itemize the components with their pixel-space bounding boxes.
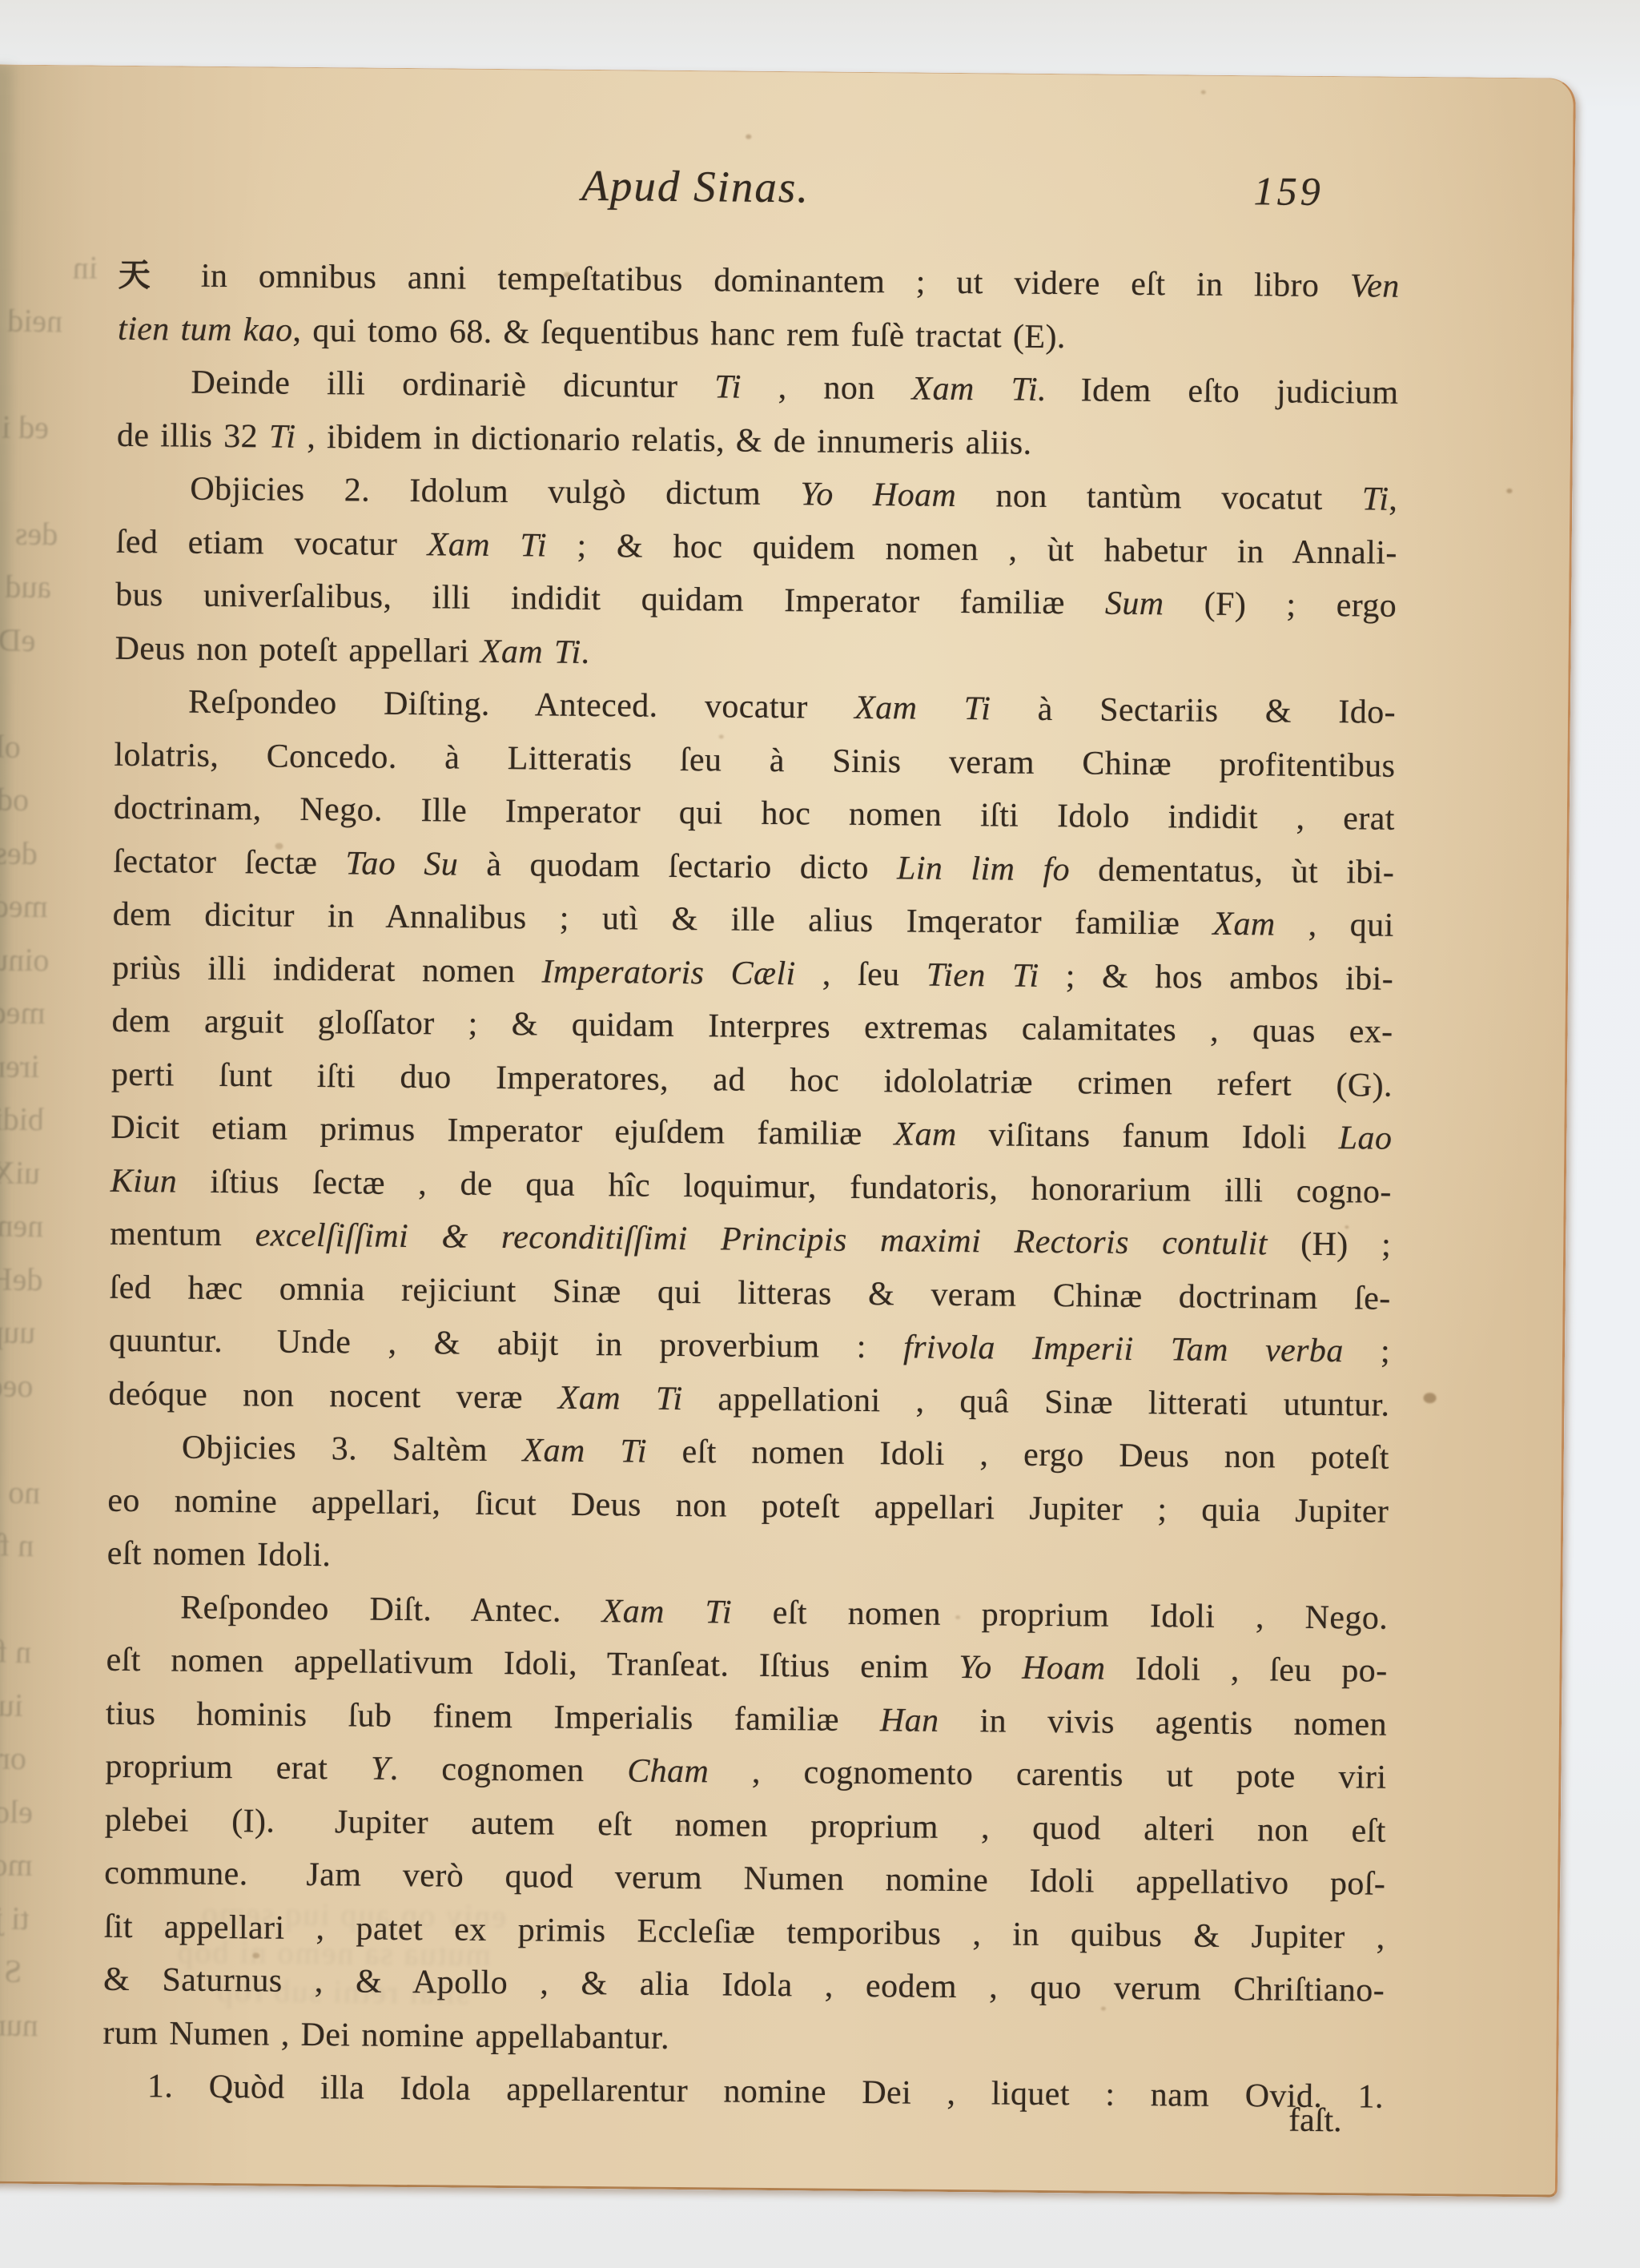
bleed-fragment: ti ji <box>0 1899 29 1936</box>
roman-text: Dicit etiam primus Imperator ejuſdem fam… <box>111 1109 894 1153</box>
bleed-fragment: orq <box>0 1739 26 1776</box>
roman-text: viſitans fanum Idoli <box>957 1116 1339 1156</box>
italic-text: Xam Ti <box>558 1379 683 1417</box>
bleed-fragment: oed <box>0 1366 34 1405</box>
italic-text: Tien Ti <box>927 956 1039 994</box>
roman-text: Reſpondeo Diſting. Anteced. vocatur <box>188 684 854 726</box>
roman-text: à quodam ſectario dicto <box>458 846 897 887</box>
roman-text: dem dicitur in Annalibus ; utì & ille al… <box>113 896 1213 943</box>
roman-text: iſtius ſectæ , de qua hîc loquimur, fund… <box>177 1163 1392 1210</box>
bleed-fragment: deH <box>0 1260 43 1298</box>
italic-text: tien tum kao <box>118 310 293 348</box>
bleed-fragment: ed i <box>2 408 49 446</box>
roman-text: ſed hæc omnia rejiciunt Sinæ qui littera… <box>109 1269 1390 1317</box>
book-page: Apud Sinas. 159 天 in omnibus anni tempeſ… <box>0 64 1576 2198</box>
running-header: Apud Sinas. <box>581 160 810 212</box>
roman-text: , cognomento carentis ut pote viri <box>709 1753 1387 1795</box>
roman-text: proprium erat <box>105 1748 371 1787</box>
bleed-fragment: n fi <box>0 1526 34 1563</box>
bleed-fragment: med <box>0 887 48 925</box>
roman-text: priùs illi indiderat nomen <box>112 949 542 990</box>
roman-text: de illis 32 <box>117 416 269 455</box>
roman-text: ; & hos ambos ibi- <box>1039 957 1393 997</box>
roman-text: ſectator ſectæ <box>113 842 346 882</box>
roman-text: , <box>1389 481 1397 518</box>
roman-text: appellationi , quâ Sinæ litterati utuntu… <box>682 1381 1389 1424</box>
roman-text: . <box>581 633 589 670</box>
roman-text: ; <box>1344 1333 1391 1370</box>
roman-text: bus univerſalibus, illi indidit quidam I… <box>115 577 1105 622</box>
bleed-fragment: mo: <box>0 1845 33 1884</box>
roman-text: eo nomine appellari, ſicut Deus non pote… <box>107 1482 1389 1530</box>
roman-text: ſed etiam vocatur <box>116 523 428 562</box>
paper-speck <box>1201 90 1206 94</box>
roman-text: à Sectariis & Ido- <box>991 690 1396 730</box>
italic-text: Ven <box>1350 267 1400 305</box>
bleed-fragment: bidi <box>0 1100 44 1139</box>
bleed-fragment: nem <box>0 1206 43 1245</box>
roman-text: Deinde illi ordinariè dicuntur <box>191 364 714 406</box>
italic-text: Yo Hoam <box>800 476 956 514</box>
bleed-fragment: neid <box>7 301 62 340</box>
italic-text: Xam <box>1212 906 1276 943</box>
italic-text: Xam Ti. <box>911 370 1047 408</box>
bleed-fragment: no e <box>0 1473 40 1511</box>
roman-text: Reſpondeo Diſt. Antec. <box>180 1589 602 1630</box>
roman-text: Idem eſto judicium <box>1047 372 1399 412</box>
roman-text: Idoli , ſeu po- <box>1105 1651 1388 1690</box>
page-header: Apud Sinas. 159 <box>119 156 1401 231</box>
paper-speck <box>1423 1393 1436 1403</box>
roman-text: , qui <box>1275 906 1394 943</box>
italic-text: Imperatoris Cæli <box>541 953 795 992</box>
roman-text: , non <box>742 369 912 408</box>
chinese-character: 天 <box>119 257 171 294</box>
italic-text: Sum <box>1105 585 1164 623</box>
italic-text: Kiun <box>111 1162 178 1200</box>
roman-text: . cognomen <box>390 1751 628 1790</box>
bleed-fragment: n fi <box>0 1632 31 1670</box>
roman-text: eſt nomen proprium Idoli , Nego. <box>732 1594 1388 1636</box>
italic-text: excelſiſſimi & reconditiſſimi Principis … <box>255 1216 1268 1262</box>
bleedthrough-fragments: inneided idesaudeDoloddesmedoinumedirenb… <box>0 65 1574 79</box>
bleed-fragment: med <box>0 993 46 1031</box>
italic-text: Xam Ti <box>854 690 991 727</box>
bleed-fragment: ius <box>0 1686 23 1723</box>
roman-text: , ſeu <box>795 955 927 993</box>
roman-text: in omnibus anni tempeſtatibus dominantem… <box>170 257 1350 304</box>
roman-text: Objicies 3. Saltèm <box>182 1430 523 1470</box>
italic-text: Xam Ti <box>522 1432 647 1470</box>
bleed-fragment: aud <box>5 568 51 606</box>
bleed-fragment: ol <box>0 727 21 765</box>
bleed-fragment: uiX <box>0 1153 40 1192</box>
italic-text: frivola Imperii Tam verba <box>903 1329 1344 1369</box>
bleed-fragment: iren <box>0 1047 39 1085</box>
roman-text: tius hominis ſub finem Imperialis famili… <box>106 1695 880 1738</box>
italic-text: Yo Hoam <box>959 1649 1106 1687</box>
italic-text: Ti <box>714 368 742 405</box>
roman-text: mentum <box>110 1216 255 1254</box>
bleed-fragment: od <box>0 781 29 818</box>
bleed-fragment: in <box>73 248 98 286</box>
roman-text: Objicies 2. Idolum vulgò dictum <box>190 471 800 513</box>
italic-text: Xam <box>894 1116 957 1153</box>
roman-text: (F) ; ergo <box>1164 585 1397 625</box>
roman-text: quuntur. Unde , & abijt in proverbium : <box>109 1322 903 1366</box>
paper-speck <box>746 135 751 139</box>
bleed-fragment: elol <box>0 1792 33 1831</box>
roman-text: deóque non nocent veræ <box>108 1375 558 1416</box>
bleed-fragment: oinu <box>0 940 50 979</box>
roman-text: eſt nomen Idoli , ergo Deus non poteſt <box>647 1434 1389 1477</box>
paper-specks <box>0 65 1574 79</box>
roman-text: , ibidem in dictionario relatis, & de in… <box>295 418 1032 461</box>
italic-text: Tao Su <box>345 845 458 883</box>
bleed-fragment: des <box>15 514 58 552</box>
bleed-fragment: eD <box>0 621 36 658</box>
italic-text: Cham <box>627 1752 709 1790</box>
italic-text: Y <box>371 1751 390 1787</box>
italic-text: Lin lim fo <box>897 850 1070 888</box>
italic-text: Han <box>880 1702 939 1739</box>
roman-text: dementatus, ùt ibi- <box>1070 851 1395 891</box>
italic-text: Lao <box>1339 1120 1393 1157</box>
roman-text: in vivis agentis nomen <box>939 1702 1387 1743</box>
bleed-fragment: uup <box>0 1313 35 1351</box>
showthrough-ghosts: eniv op aup iuq semomutua sa nemo ni bop… <box>0 65 1574 79</box>
italic-text: Xam Ti <box>480 633 581 670</box>
roman-text: plebei (I). Jupiter autem eſt nomen prop… <box>105 1801 1386 1849</box>
paper-speck <box>1506 489 1512 493</box>
body-text: 天 in omnibus anni tempeſtatibus dominant… <box>102 249 1400 2124</box>
roman-text: (H) ; <box>1268 1225 1392 1263</box>
bleed-fragment: S e <box>0 1952 22 1989</box>
ghost-line: eniv op aup iuq semo <box>200 1895 507 1935</box>
bleed-fragment: num <box>0 2005 38 2044</box>
italic-text: Xam Ti <box>428 526 548 564</box>
ghost-line: mutua sa nemo ni bop <box>175 1933 491 1973</box>
roman-text: ; & hoc quidem nomen , ùt habetur in Ann… <box>547 527 1397 571</box>
roman-text: lolatris, Concedo. à Litteratis ſeu à Si… <box>114 736 1395 784</box>
roman-text: eſt nomen Idoli. <box>107 1535 332 1574</box>
roman-text: dem arguit gloſſator ; & quidam Interpre… <box>111 1003 1393 1051</box>
bleed-fragment: des <box>0 834 38 871</box>
italic-text: Xam Ti <box>601 1593 732 1631</box>
roman-text: Deus non poteſt appellari <box>115 629 480 670</box>
roman-text: perti ſunt iſti duo Imperatores, ad hoc … <box>111 1056 1393 1104</box>
roman-text: eſt nomen appellativum Idoli, Tranſeat. … <box>106 1642 959 1686</box>
roman-text: rum Numen , Dei nomine appellabantur. <box>102 2014 669 2056</box>
italic-text: Ti <box>1362 481 1389 517</box>
roman-text: doctrinam, Nego. Ille Imperator qui hoc … <box>114 790 1395 838</box>
page-number: 159 <box>1253 167 1324 215</box>
italic-text: Ti <box>269 418 296 455</box>
roman-text: , qui tomo 68. & ſequentibus hanc rem fu… <box>292 312 1066 355</box>
roman-text: non tantùm vocatut <box>956 477 1362 517</box>
ghost-line: silai retni sub rop <box>215 1972 469 2012</box>
